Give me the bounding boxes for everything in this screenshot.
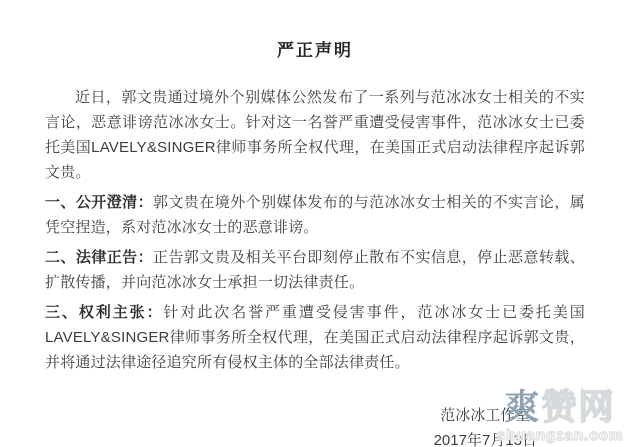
section-rights-claim: 三、权利主张：针对此次名誉严重遭受侵害事件，范冰冰女士已委托美国LAVELY&S…	[45, 300, 585, 375]
section-2-heading: 二、法律正告：	[45, 249, 153, 266]
signature-line: 范冰冰工作室	[434, 403, 537, 428]
date-line: 2017年7月13日	[434, 428, 537, 447]
section-1-heading: 一、公开澄清：	[45, 194, 153, 211]
signature-block: 范冰冰工作室 2017年7月13日	[434, 403, 537, 447]
document-title: 严正声明	[45, 36, 585, 61]
opening-paragraph: 近日，郭文贵通过境外个别媒体公然发布了一系列与范冰冰女士相关的不实言论，恶意诽谤…	[45, 85, 585, 185]
section-clarification: 一、公开澄清：郭文贵在境外个别媒体发布的与范冰冰女士相关的不实言论，属凭空捏造，…	[45, 190, 585, 240]
section-legal-warning: 二、法律正告：正告郭文贵及相关平台即刻停止散布不实信息，停止恶意转载、扩散传播，…	[45, 245, 585, 295]
opening-paragraph-text: 近日，郭文贵通过境外个别媒体公然发布了一系列与范冰冰女士相关的不实言论，恶意诽谤…	[45, 89, 585, 181]
statement-document: 严正声明 近日，郭文贵通过境外个别媒体公然发布了一系列与范冰冰女士相关的不实言论…	[0, 0, 630, 447]
section-3-heading: 三、权利主张：	[45, 304, 164, 321]
